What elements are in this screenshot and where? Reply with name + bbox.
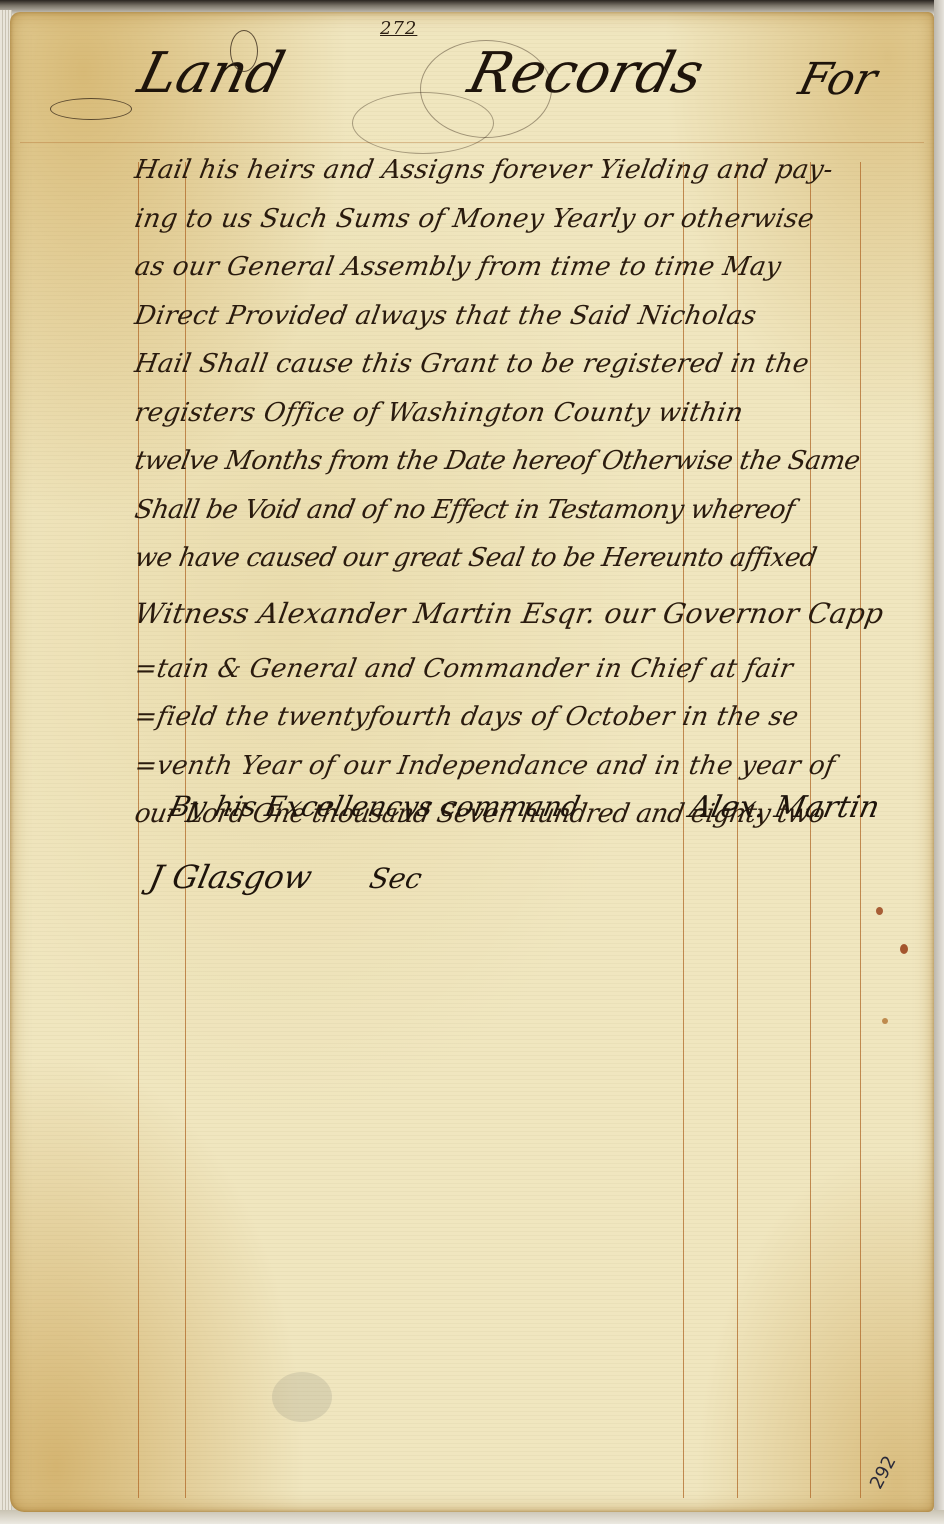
calligraphic-flourish-icon (230, 30, 258, 72)
stain-mark (900, 944, 908, 954)
heading-word-for: For (795, 58, 882, 102)
governor-signature: Alex. Martin (686, 790, 882, 825)
record-body: Hail his heirs and Assigns forever Yield… (135, 146, 925, 839)
calligraphic-flourish-icon (420, 40, 552, 138)
stain-mark (876, 907, 883, 915)
calligraphic-flourish-icon (50, 98, 132, 120)
record-line: =tain & General and Commander in Chief a… (131, 645, 930, 694)
record-line: as our General Assembly from time to tim… (131, 243, 930, 292)
record-line: ing to us Such Sums of Money Yearly or o… (131, 195, 930, 244)
record-line: Witness Alexander Martin Esqr. our Gover… (130, 583, 931, 645)
record-line: twelve Months from the Date hereof Other… (131, 437, 930, 486)
heading-word-land: Land (133, 46, 289, 102)
stain-mark (882, 1018, 888, 1024)
page-number-top: 272 (380, 18, 417, 39)
secretary-title: Sec (366, 862, 424, 895)
record-line: =field the twentyfourth days of October … (131, 693, 930, 742)
excellency-command-line: By his Excellencys command (166, 790, 583, 823)
record-line: registers Office of Washington County wi… (131, 389, 930, 438)
stain-mark (272, 1372, 332, 1422)
record-line: Hail Shall cause this Grant to be regist… (131, 340, 930, 389)
secretary-signature: J Glasgow (146, 858, 316, 896)
record-line: we have caused our great Seal to be Here… (131, 534, 930, 583)
record-line: Direct Provided always that the Said Nic… (131, 292, 930, 341)
binding-edge (934, 0, 944, 1524)
record-line: Hail his heirs and Assigns forever Yield… (131, 146, 930, 195)
record-line: =venth Year of our Independance and in t… (131, 742, 930, 791)
scan-bottom-edge (0, 1510, 944, 1524)
record-line: Shall be Void and of no Effect in Testam… (131, 486, 930, 535)
